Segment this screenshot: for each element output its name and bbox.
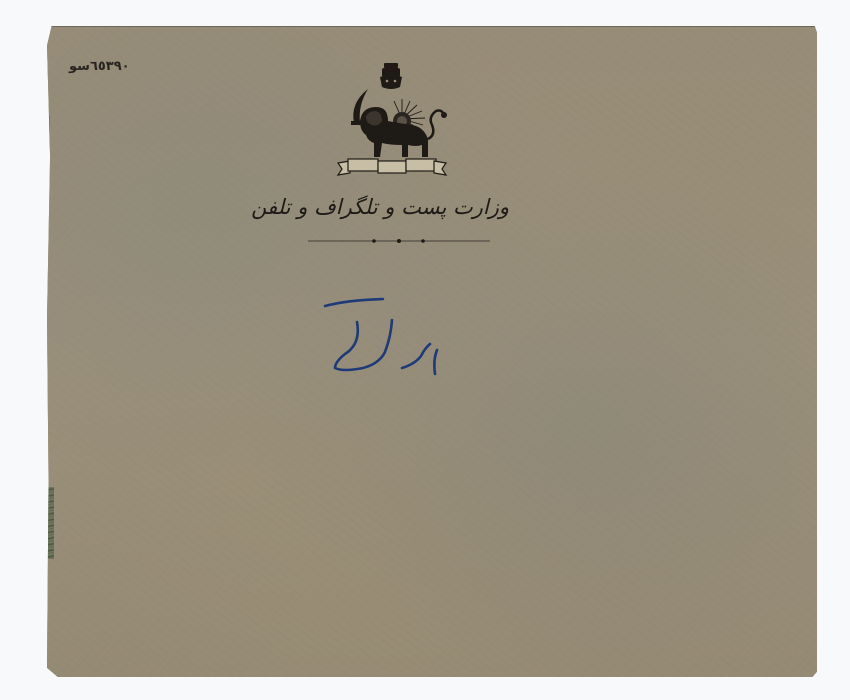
envelope-paper: ٦٥٣٩٠سو xyxy=(47,26,817,677)
decorative-rule xyxy=(308,238,490,244)
serial-number: ٦٥٣٩٠سو xyxy=(69,59,130,74)
tape-remnant xyxy=(42,115,50,155)
lion-and-sun-emblem-icon xyxy=(332,61,452,186)
scanned-document: ٦٥٣٩٠سو xyxy=(0,0,850,700)
ministry-name: وزارت پست و تلگراف و تلفن xyxy=(277,195,509,219)
handwritten-note-ink xyxy=(317,292,457,382)
tape-remnant xyxy=(42,487,54,559)
